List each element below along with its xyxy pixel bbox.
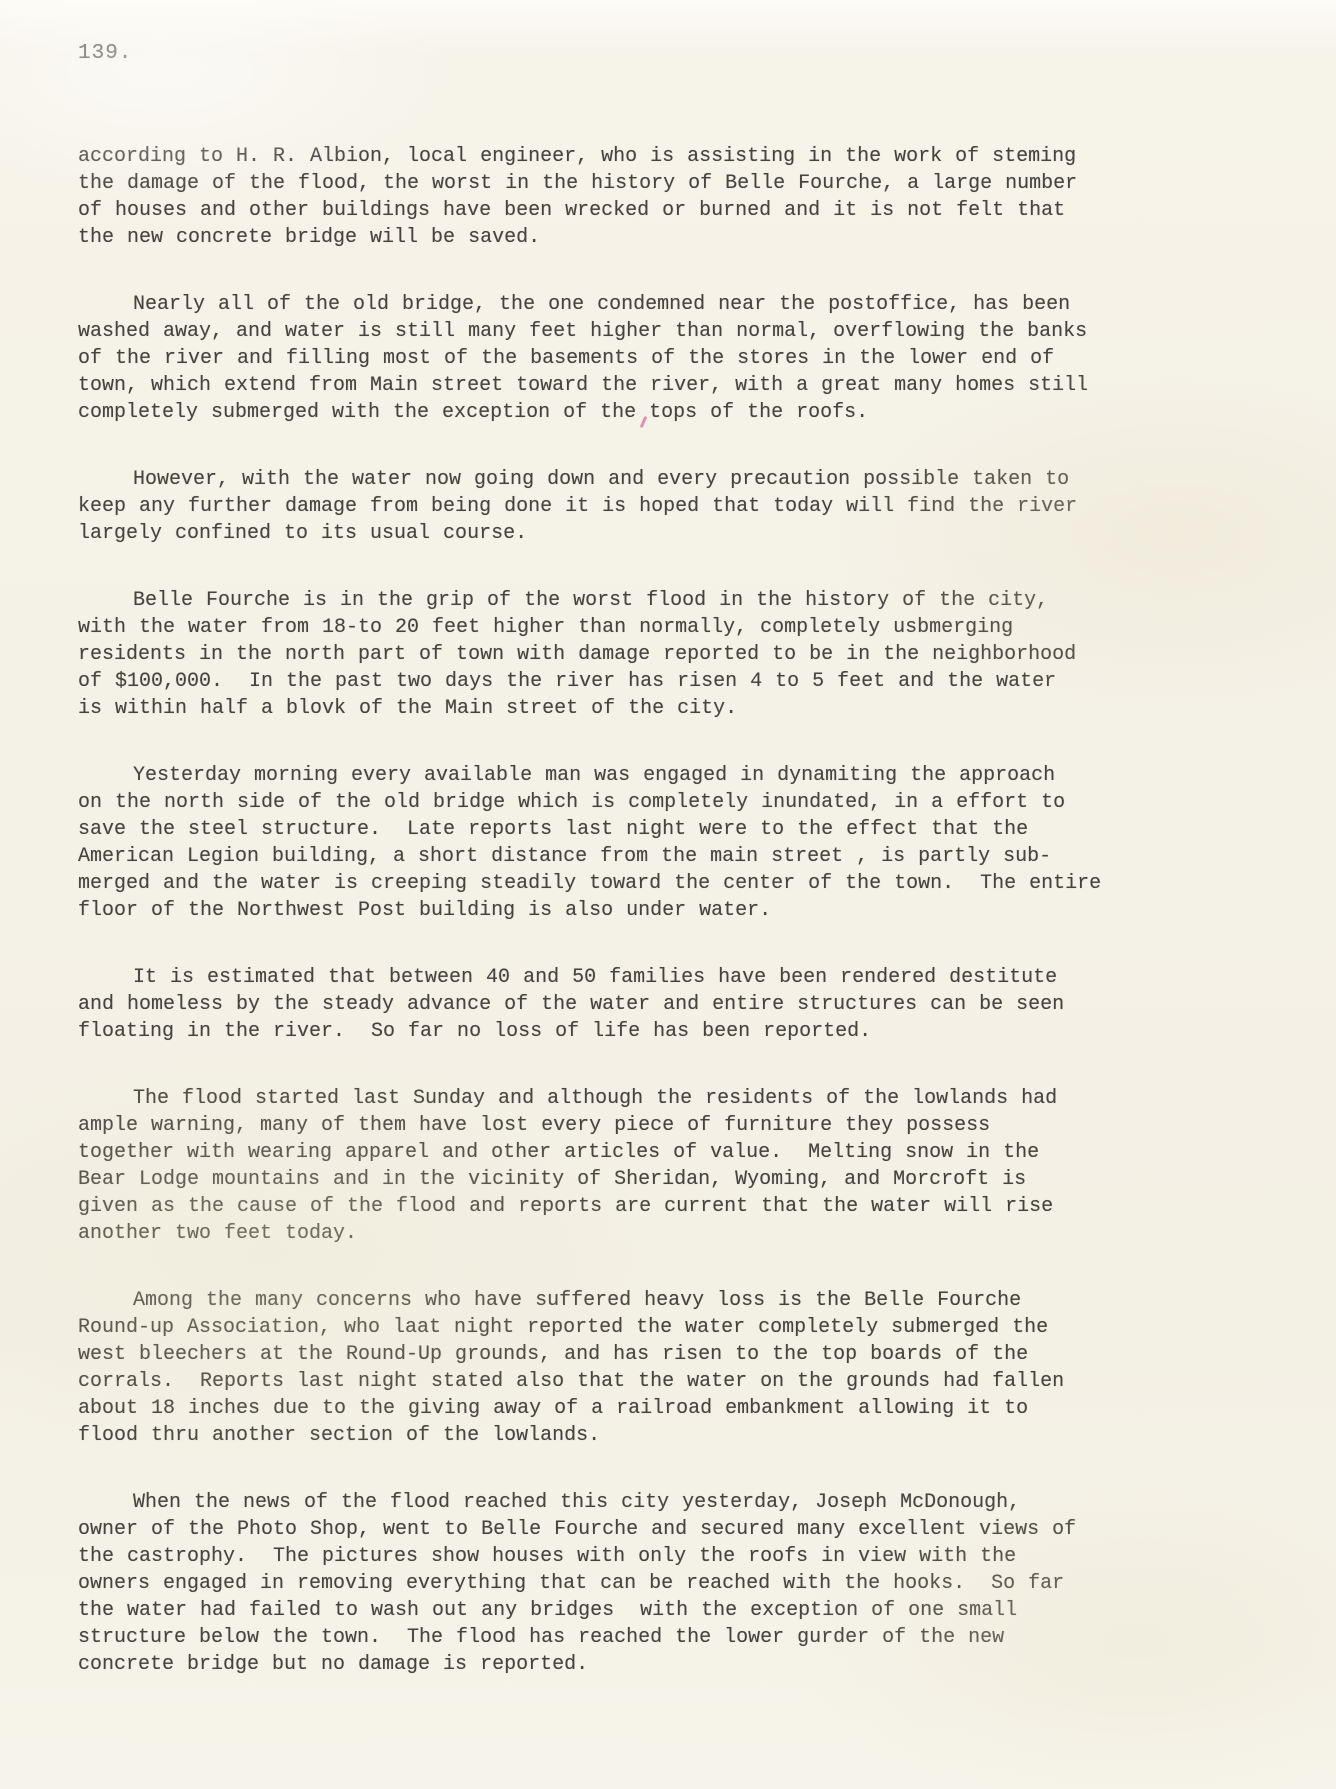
typewritten-page: 139. according to H. R. Albion, local en… [0,0,1336,1789]
paragraph-9: When the news of the flood reached this … [78,1489,1266,1678]
paragraph-1: according to H. R. Albion, local enginee… [78,143,1266,251]
paragraph-6: It is estimated that between 40 and 50 f… [78,964,1266,1045]
paragraph-8: Among the many concerns who have suffere… [78,1287,1266,1449]
paragraph-7: The flood started last Sunday and althou… [78,1085,1266,1247]
paragraph-2: Nearly all of the old bridge, the one co… [78,291,1266,426]
paragraph-4: Belle Fourche is in the grip of the wors… [78,587,1266,722]
paragraph-3: However, with the water now going down a… [78,466,1266,547]
page-number: 139. [78,40,1266,67]
paragraph-5: Yesterday morning every available man wa… [78,762,1266,924]
document-body: according to H. R. Albion, local enginee… [78,143,1266,1678]
